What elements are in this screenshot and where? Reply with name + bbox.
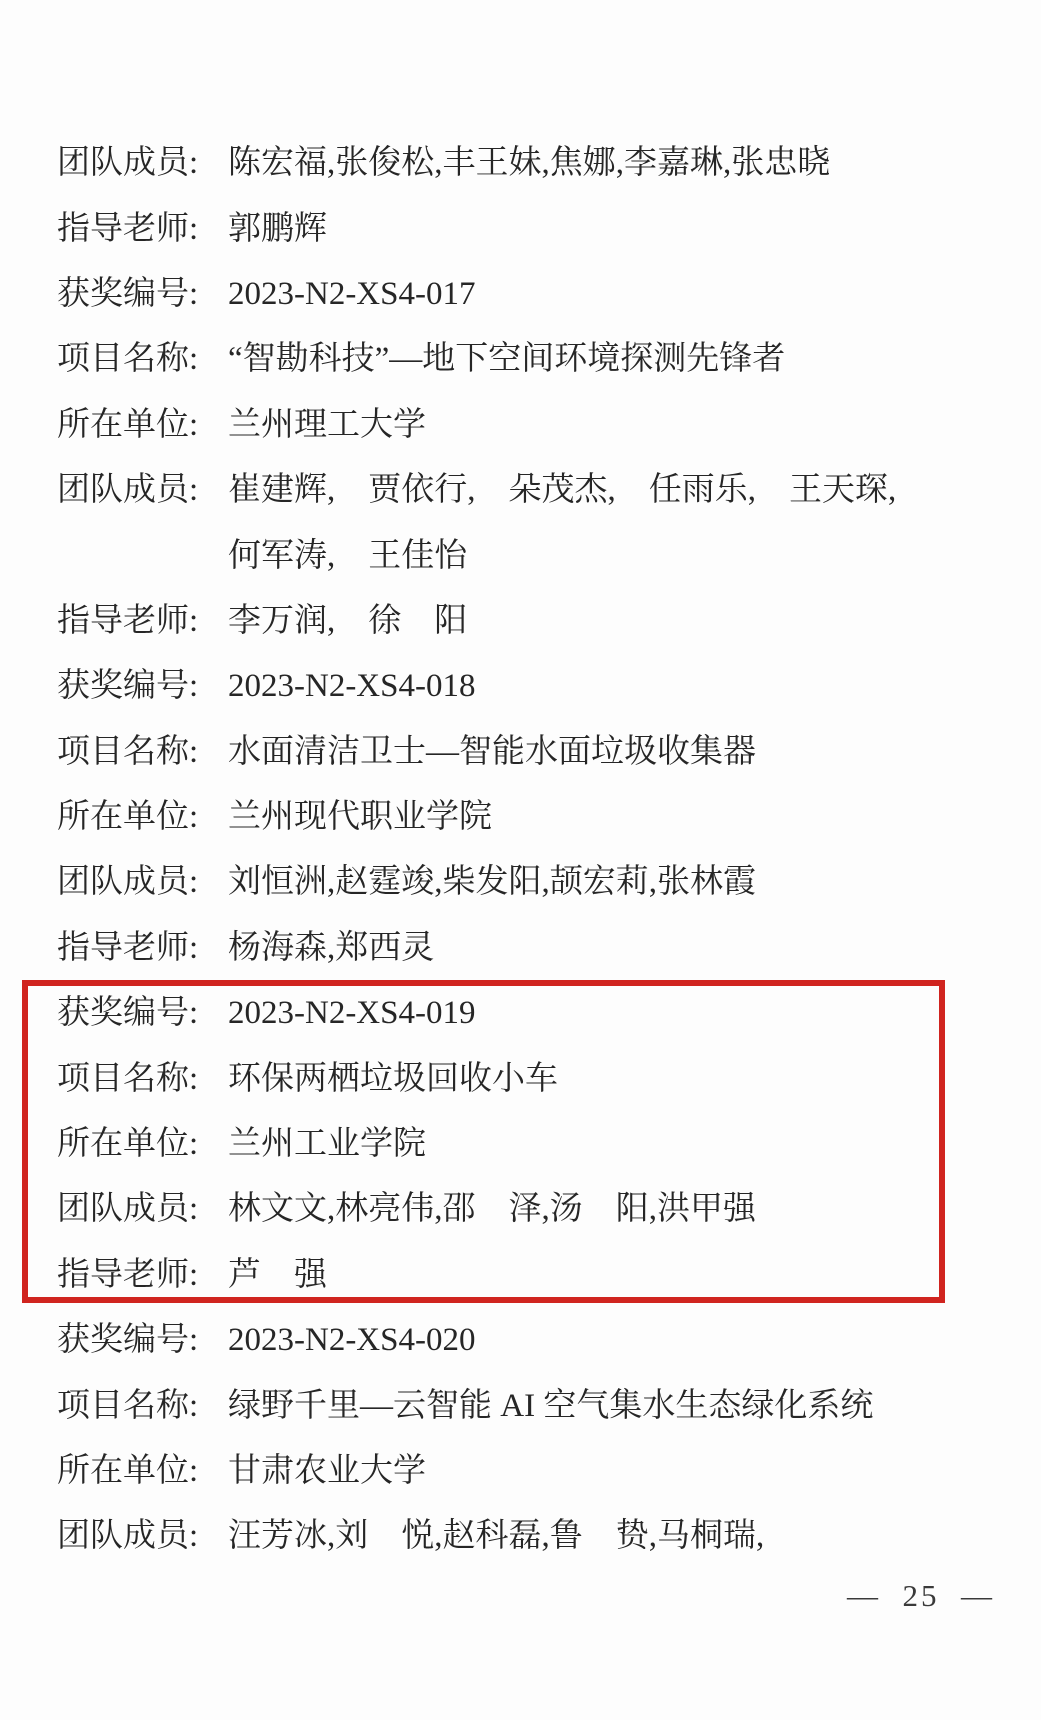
field-value: 陈宏福,张俊松,丰王妹,焦娜,李嘉琳,张忠晓 xyxy=(228,147,830,180)
field-row-highlighted: 指导老师: 芦 强 xyxy=(0,1243,1041,1308)
field-value: 李万润, 徐 阳 xyxy=(228,605,467,638)
field-value: 汪芳冰,刘 悦,赵科磊,鲁 贽,马桐瑞, xyxy=(228,1520,764,1553)
field-value: 兰州工业学院 xyxy=(228,1128,426,1161)
field-value: 何军涛, 王佳怡 xyxy=(228,540,467,573)
field-label: 指导老师: xyxy=(57,213,228,246)
field-label: 指导老师: xyxy=(57,1259,228,1292)
field-row-highlighted: 团队成员: 林文文,林亮伟,邵 泽,汤 阳,洪甲强 xyxy=(0,1177,1041,1242)
page-number: — 25 — xyxy=(847,1578,995,1614)
field-row: 指导老师: 郭鹏辉 xyxy=(0,196,1041,261)
field-label: 所在单位: xyxy=(57,1128,228,1161)
field-row: 团队成员: 汪芳冰,刘 悦,赵科磊,鲁 贽,马桐瑞, xyxy=(0,1504,1041,1569)
field-label: 所在单位: xyxy=(57,801,228,834)
field-row: 获奖编号: 2023-N2-XS4-020 xyxy=(0,1308,1041,1373)
field-row: 指导老师: 李万润, 徐 阳 xyxy=(0,589,1041,654)
field-label: 项目名称: xyxy=(57,736,228,769)
field-row: 项目名称: 绿野千里—云智能 AI 空气集水生态绿化系统 xyxy=(0,1373,1041,1438)
field-value: 杨海森,郑西灵 xyxy=(228,932,434,965)
field-label: 获奖编号: xyxy=(57,670,228,703)
field-row: 获奖编号: 2023-N2-XS4-018 xyxy=(0,654,1041,719)
field-row-highlighted: 所在单位: 兰州工业学院 xyxy=(0,1112,1041,1177)
field-row: 团队成员: 刘恒洲,赵霆竣,柴发阳,颉宏莉,张林霞 xyxy=(0,850,1041,915)
field-row: 获奖编号: 2023-N2-XS4-017 xyxy=(0,262,1041,327)
field-label: 获奖编号: xyxy=(57,278,228,311)
field-label: 获奖编号: xyxy=(57,997,228,1030)
field-row: 所在单位: 甘肃农业大学 xyxy=(0,1439,1041,1504)
field-value: 兰州理工大学 xyxy=(228,409,426,442)
field-value: “智勘科技”—地下空间环境探测先锋者 xyxy=(228,343,785,376)
field-label: 团队成员: xyxy=(57,474,228,507)
field-value: 林文文,林亮伟,邵 泽,汤 阳,洪甲强 xyxy=(228,1193,756,1226)
field-value: 2023-N2-XS4-018 xyxy=(228,670,475,703)
field-row: 项目名称: “智勘科技”—地下空间环境探测先锋者 xyxy=(0,327,1041,392)
field-value: 甘肃农业大学 xyxy=(228,1455,426,1488)
field-row: 项目名称: 水面清洁卫士—智能水面垃圾收集器 xyxy=(0,720,1041,785)
field-label: 项目名称: xyxy=(57,343,228,376)
field-value: 兰州现代职业学院 xyxy=(228,801,492,834)
field-row: 团队成员: 崔建辉, 贾依行, 朵茂杰, 任雨乐, 王天琛, xyxy=(0,458,1041,523)
field-row-highlighted: 项目名称: 环保两栖垃圾回收小车 xyxy=(0,1046,1041,1111)
field-value: 崔建辉, 贾依行, 朵茂杰, 任雨乐, 王天琛, xyxy=(228,474,896,507)
field-label: 所在单位: xyxy=(57,409,228,442)
field-value: 芦 强 xyxy=(228,1259,327,1292)
field-label: 指导老师: xyxy=(57,605,228,638)
field-value: 水面清洁卫士—智能水面垃圾收集器 xyxy=(228,736,756,769)
field-label: 获奖编号: xyxy=(57,1324,228,1357)
field-row-continuation: 何军涛, 王佳怡 xyxy=(0,523,1041,588)
field-value: 绿野千里—云智能 AI 空气集水生态绿化系统 xyxy=(228,1390,873,1423)
field-row: 所在单位: 兰州理工大学 xyxy=(0,393,1041,458)
field-value: 环保两栖垃圾回收小车 xyxy=(228,1063,558,1096)
field-label: 所在单位: xyxy=(57,1455,228,1488)
field-value: 郭鹏辉 xyxy=(228,213,327,246)
field-label: 团队成员: xyxy=(57,1520,228,1553)
field-value: 刘恒洲,赵霆竣,柴发阳,颉宏莉,张林霞 xyxy=(228,866,756,899)
field-label: 团队成员: xyxy=(57,147,228,180)
field-value: 2023-N2-XS4-017 xyxy=(228,278,475,311)
field-label: 项目名称: xyxy=(57,1390,228,1423)
field-row: 指导老师: 杨海森,郑西灵 xyxy=(0,916,1041,981)
field-value: 2023-N2-XS4-019 xyxy=(228,997,475,1030)
field-row: 团队成员: 陈宏福,张俊松,丰王妹,焦娜,李嘉琳,张忠晓 xyxy=(0,131,1041,196)
field-row-highlighted: 获奖编号: 2023-N2-XS4-019 xyxy=(0,981,1041,1046)
field-value: 2023-N2-XS4-020 xyxy=(228,1324,475,1357)
field-label: 项目名称: xyxy=(57,1063,228,1096)
award-list-page: 团队成员: 陈宏福,张俊松,丰王妹,焦娜,李嘉琳,张忠晓 指导老师: 郭鹏辉 获… xyxy=(0,0,1041,1720)
field-label: 团队成员: xyxy=(57,866,228,899)
field-label: 团队成员: xyxy=(57,1193,228,1226)
field-row: 所在单位: 兰州现代职业学院 xyxy=(0,785,1041,850)
field-label: 指导老师: xyxy=(57,932,228,965)
